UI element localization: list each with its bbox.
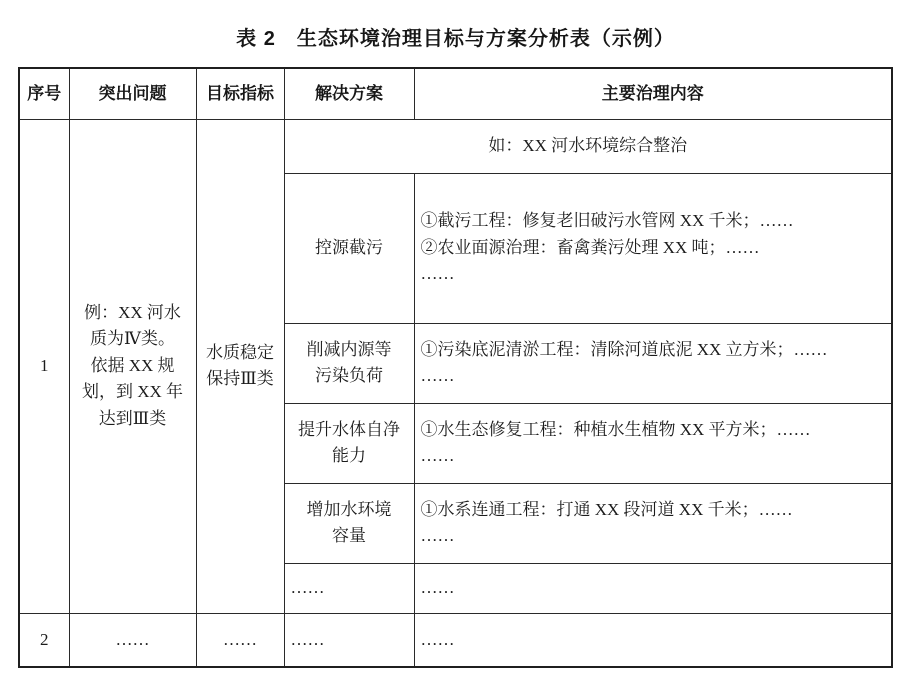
header-target-indicator: 目标指标: [196, 68, 284, 119]
cell-solution-1: 控源截污: [284, 173, 414, 323]
cell-content-3: ①水生态修复工程：种植水生植物 XX 平方米；…… ……: [414, 403, 892, 483]
document-page: 表 2 生态环境治理目标与方案分析表（示例） 序号 突出问题 目标指标 解决方案…: [0, 0, 911, 682]
cell-overall-plan: 如：XX 河水环境综合整治: [284, 119, 892, 173]
cell-solution-row2: ……: [284, 613, 414, 667]
header-serial-number: 序号: [19, 68, 69, 119]
cell-solution-2: 削减内源等 污染负荷: [284, 323, 414, 403]
header-row: 序号 突出问题 目标指标 解决方案 主要治理内容: [19, 68, 892, 119]
analysis-table: 序号 突出问题 目标指标 解决方案 主要治理内容 1 例：XX 河水 质为Ⅳ类。…: [18, 67, 893, 668]
cell-solution-4: 增加水环境 容量: [284, 483, 414, 563]
row-overall-plan: 1 例：XX 河水 质为Ⅳ类。 依据 XX 规 划，到 XX 年 达到Ⅲ类 水质…: [19, 119, 892, 173]
cell-target-1: 水质稳定 保持Ⅲ类: [196, 119, 284, 613]
header-main-content: 主要治理内容: [414, 68, 892, 119]
cell-content-4: ①水系连通工程：打通 XX 段河道 XX 千米；…… ……: [414, 483, 892, 563]
cell-content-2: ①污染底泥清淤工程：清除河道底泥 XX 立方米；…… ……: [414, 323, 892, 403]
cell-content-5: ……: [414, 563, 892, 613]
header-prominent-problem: 突出问题: [69, 68, 196, 119]
cell-content-1: ①截污工程：修复老旧破污水管网 XX 千米；…… ②农业面源治理：畜禽粪污处理 …: [414, 173, 892, 323]
cell-content-row2: ……: [414, 613, 892, 667]
table-title: 表 2 生态环境治理目标与方案分析表（示例）: [0, 22, 911, 51]
cell-problem-1: 例：XX 河水 质为Ⅳ类。 依据 XX 规 划，到 XX 年 达到Ⅲ类: [69, 119, 196, 613]
cell-serial-1: 1: [19, 119, 69, 613]
cell-problem-2: ……: [69, 613, 196, 667]
cell-solution-3: 提升水体自净 能力: [284, 403, 414, 483]
cell-target-2: ……: [196, 613, 284, 667]
cell-solution-5: ……: [284, 563, 414, 613]
header-solution: 解决方案: [284, 68, 414, 119]
row-2: 2 …… …… …… ……: [19, 613, 892, 667]
cell-serial-2: 2: [19, 613, 69, 667]
